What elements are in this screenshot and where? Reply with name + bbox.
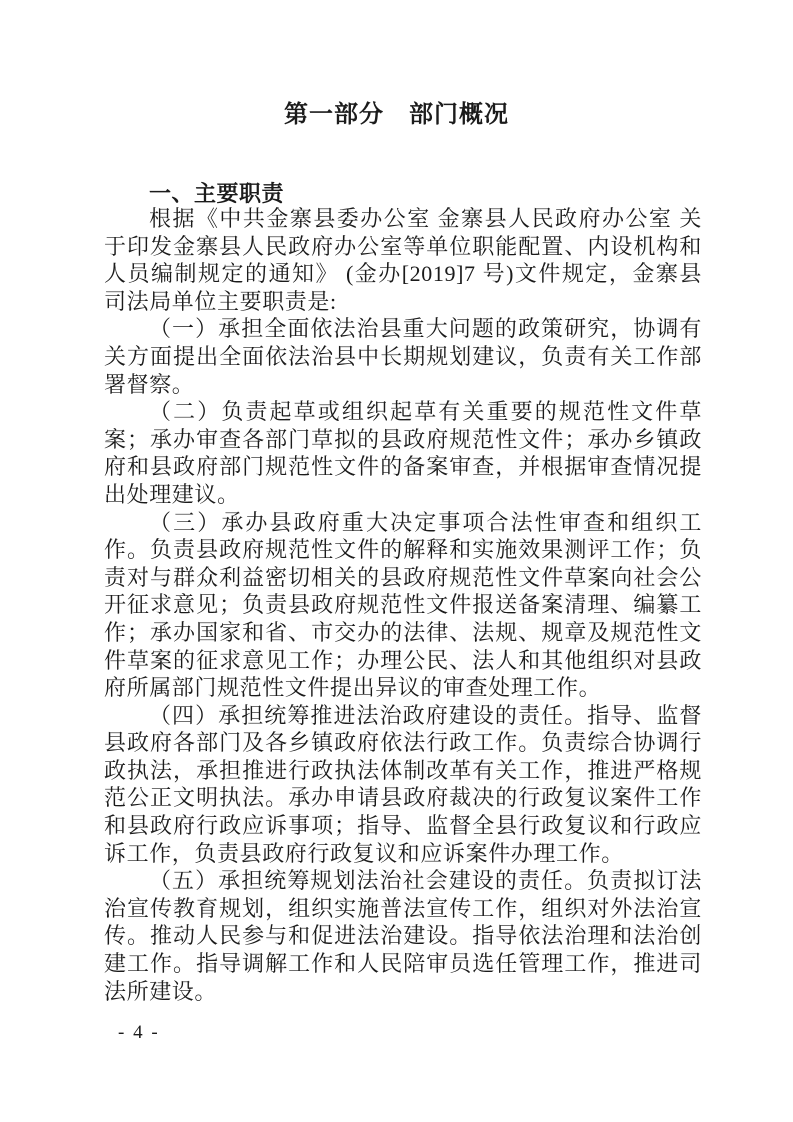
document-title: 第一部分 部门概况: [0, 98, 793, 132]
paragraph-duty-1: （一）承担全面依法治县重大问题的政策研究，协调有关方面提出全面依法治县中长期规划…: [104, 315, 702, 398]
paragraph-intro: 根据《中共金寨县委办公室 金寨县人民政府办公室 关于印发金寨县人民政府办公室等单…: [104, 205, 702, 315]
body-text: 根据《中共金寨县委办公室 金寨县人民政府办公室 关于印发金寨县人民政府办公室等单…: [104, 205, 702, 1005]
paragraph-duty-4: （四）承担统筹推进法治政府建设的责任。指导、监督县政府各部门及各乡镇政府依法行政…: [104, 702, 702, 868]
section-heading: 一、主要职责: [104, 181, 702, 207]
page-number: - 4 -: [118, 1022, 160, 1044]
document-page: 第一部分 部门概况 一、主要职责 根据《中共金寨县委办公室 金寨县人民政府办公室…: [0, 0, 793, 1122]
paragraph-duty-2: （二）负责起草或组织起草有关重要的规范性文件草案；承办审查各部门草拟的县政府规范…: [104, 398, 702, 508]
paragraph-duty-3: （三）承办县政府重大决定事项合法性审查和组织工作。负责县政府规范性文件的解释和实…: [104, 509, 702, 702]
paragraph-duty-5: （五）承担统筹规划法治社会建设的责任。负责拟订法治宣传教育规划，组织实施普法宣传…: [104, 867, 702, 1005]
